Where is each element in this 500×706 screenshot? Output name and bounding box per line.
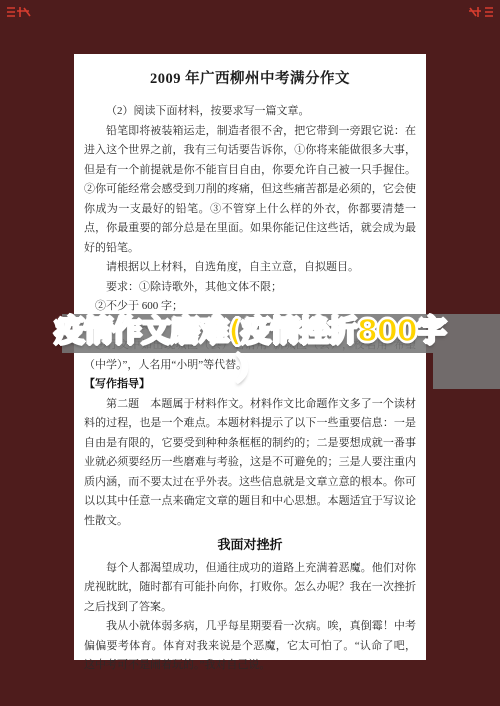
essay-paragraph-1: 每个人都渴望成功，但通往成功的道路上充满着恶魔。他们对你虎视眈眈，随时都有可能扑… <box>84 559 416 618</box>
essay-paragraph-2: 我从小就体弱多病，几乎每星期要看一次病。唉，真倒霉！中考偏偏要考体育。体育对我来… <box>84 617 416 676</box>
red-stamp-icon <box>5 5 33 23</box>
paragraph-prompt: 请根据以上材料，自选角度，自主立意，自拟题目。 <box>84 258 416 278</box>
red-stamp-icon <box>467 5 495 23</box>
essay-title: 我面对挫折 <box>84 535 416 555</box>
overlay-caption-line1: 疫情作文磨难(疫情挫折800字 <box>0 312 500 352</box>
screenshot-stage: 2009 年广西柳州中考满分作文 （2）阅读下面材料，按要求写一篇文章。 铅笔即… <box>0 0 500 706</box>
document-title: 2009 年广西柳州中考满分作文 <box>74 67 426 88</box>
overlay-caption-line2: ） <box>0 350 500 390</box>
paragraph-material: 铅笔即将被装箱运走，制造者很不舍，把它带到一旁跟它说：在进入这个世界之前，我有三… <box>84 122 416 259</box>
paragraph-intro: （2）阅读下面材料，按要求写一篇文章。 <box>84 102 416 122</box>
requirement-1: 要求：①除诗歌外，其他文体不限； <box>84 278 416 298</box>
paragraph-guide: 第二题 本题属于材料作文。材料作文比命题作文多了一个读材料的过程，也是一个难点。… <box>84 395 416 532</box>
